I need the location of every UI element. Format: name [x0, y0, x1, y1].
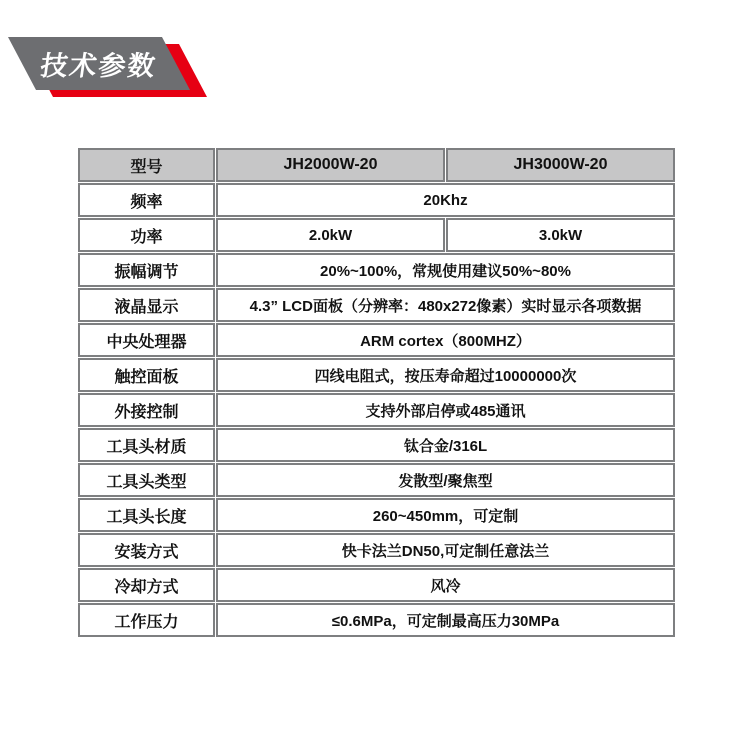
spec-value: 四线电阻式，按压寿命超过10000000次: [216, 358, 675, 392]
spec-row: 安装方式快卡法兰DN50,可定制任意法兰: [78, 533, 675, 567]
spec-row: 工具头类型发散型/聚焦型: [78, 463, 675, 497]
spec-row: 外接控制支持外部启停或485通讯: [78, 393, 675, 427]
spec-label: 液晶显示: [78, 288, 215, 322]
spec-header-model-2: JH3000W-20: [446, 148, 675, 182]
spec-value: 支持外部启停或485通讯: [216, 393, 675, 427]
spec-value: 3.0kW: [446, 218, 675, 252]
spec-value: 20Khz: [216, 183, 675, 217]
spec-header-label: 型号: [78, 148, 215, 182]
spec-value: 快卡法兰DN50,可定制任意法兰: [216, 533, 675, 567]
section-title: 技术参数: [38, 44, 159, 83]
spec-value: 发散型/聚焦型: [216, 463, 675, 497]
spec-label: 中央处理器: [78, 323, 215, 357]
spec-value: 20%~100%，常规使用建议50%~80%: [216, 253, 675, 287]
spec-label: 振幅调节: [78, 253, 215, 287]
spec-table: 型号 JH2000W-20 JH3000W-20 频率20Khz功率2.0kW3…: [77, 147, 676, 638]
spec-row: 中央处理器ARM cortex（800MHZ）: [78, 323, 675, 357]
spec-row: 工作压力≤0.6MPa，可定制最高压力30MPa: [78, 603, 675, 637]
spec-table-container: 型号 JH2000W-20 JH3000W-20 频率20Khz功率2.0kW3…: [77, 147, 676, 638]
spec-row: 工具头长度260~450mm，可定制: [78, 498, 675, 532]
spec-table-body: 型号 JH2000W-20 JH3000W-20 频率20Khz功率2.0kW3…: [78, 148, 675, 637]
section-banner: 技术参数: [0, 30, 220, 102]
spec-value: ≤0.6MPa，可定制最高压力30MPa: [216, 603, 675, 637]
spec-row: 工具头材质钛合金/316L: [78, 428, 675, 462]
spec-row: 功率2.0kW3.0kW: [78, 218, 675, 252]
spec-value: 2.0kW: [216, 218, 445, 252]
spec-label: 工作压力: [78, 603, 215, 637]
spec-label: 功率: [78, 218, 215, 252]
spec-label: 安装方式: [78, 533, 215, 567]
spec-value: 钛合金/316L: [216, 428, 675, 462]
spec-row: 触控面板四线电阻式，按压寿命超过10000000次: [78, 358, 675, 392]
spec-row: 冷却方式风冷: [78, 568, 675, 602]
spec-row: 振幅调节20%~100%，常规使用建议50%~80%: [78, 253, 675, 287]
spec-label: 触控面板: [78, 358, 215, 392]
banner-gray-shape: 技术参数: [8, 37, 190, 90]
spec-value: 260~450mm，可定制: [216, 498, 675, 532]
spec-label: 工具头类型: [78, 463, 215, 497]
spec-label: 冷却方式: [78, 568, 215, 602]
spec-value: 风冷: [216, 568, 675, 602]
spec-label: 工具头材质: [78, 428, 215, 462]
spec-header-model-1: JH2000W-20: [216, 148, 445, 182]
spec-value: 4.3” LCD面板（分辨率：480x272像素）实时显示各项数据: [216, 288, 675, 322]
spec-label: 外接控制: [78, 393, 215, 427]
spec-label: 频率: [78, 183, 215, 217]
spec-value: ARM cortex（800MHZ）: [216, 323, 675, 357]
spec-row: 液晶显示4.3” LCD面板（分辨率：480x272像素）实时显示各项数据: [78, 288, 675, 322]
spec-header-row: 型号 JH2000W-20 JH3000W-20: [78, 148, 675, 182]
spec-label: 工具头长度: [78, 498, 215, 532]
spec-row: 频率20Khz: [78, 183, 675, 217]
